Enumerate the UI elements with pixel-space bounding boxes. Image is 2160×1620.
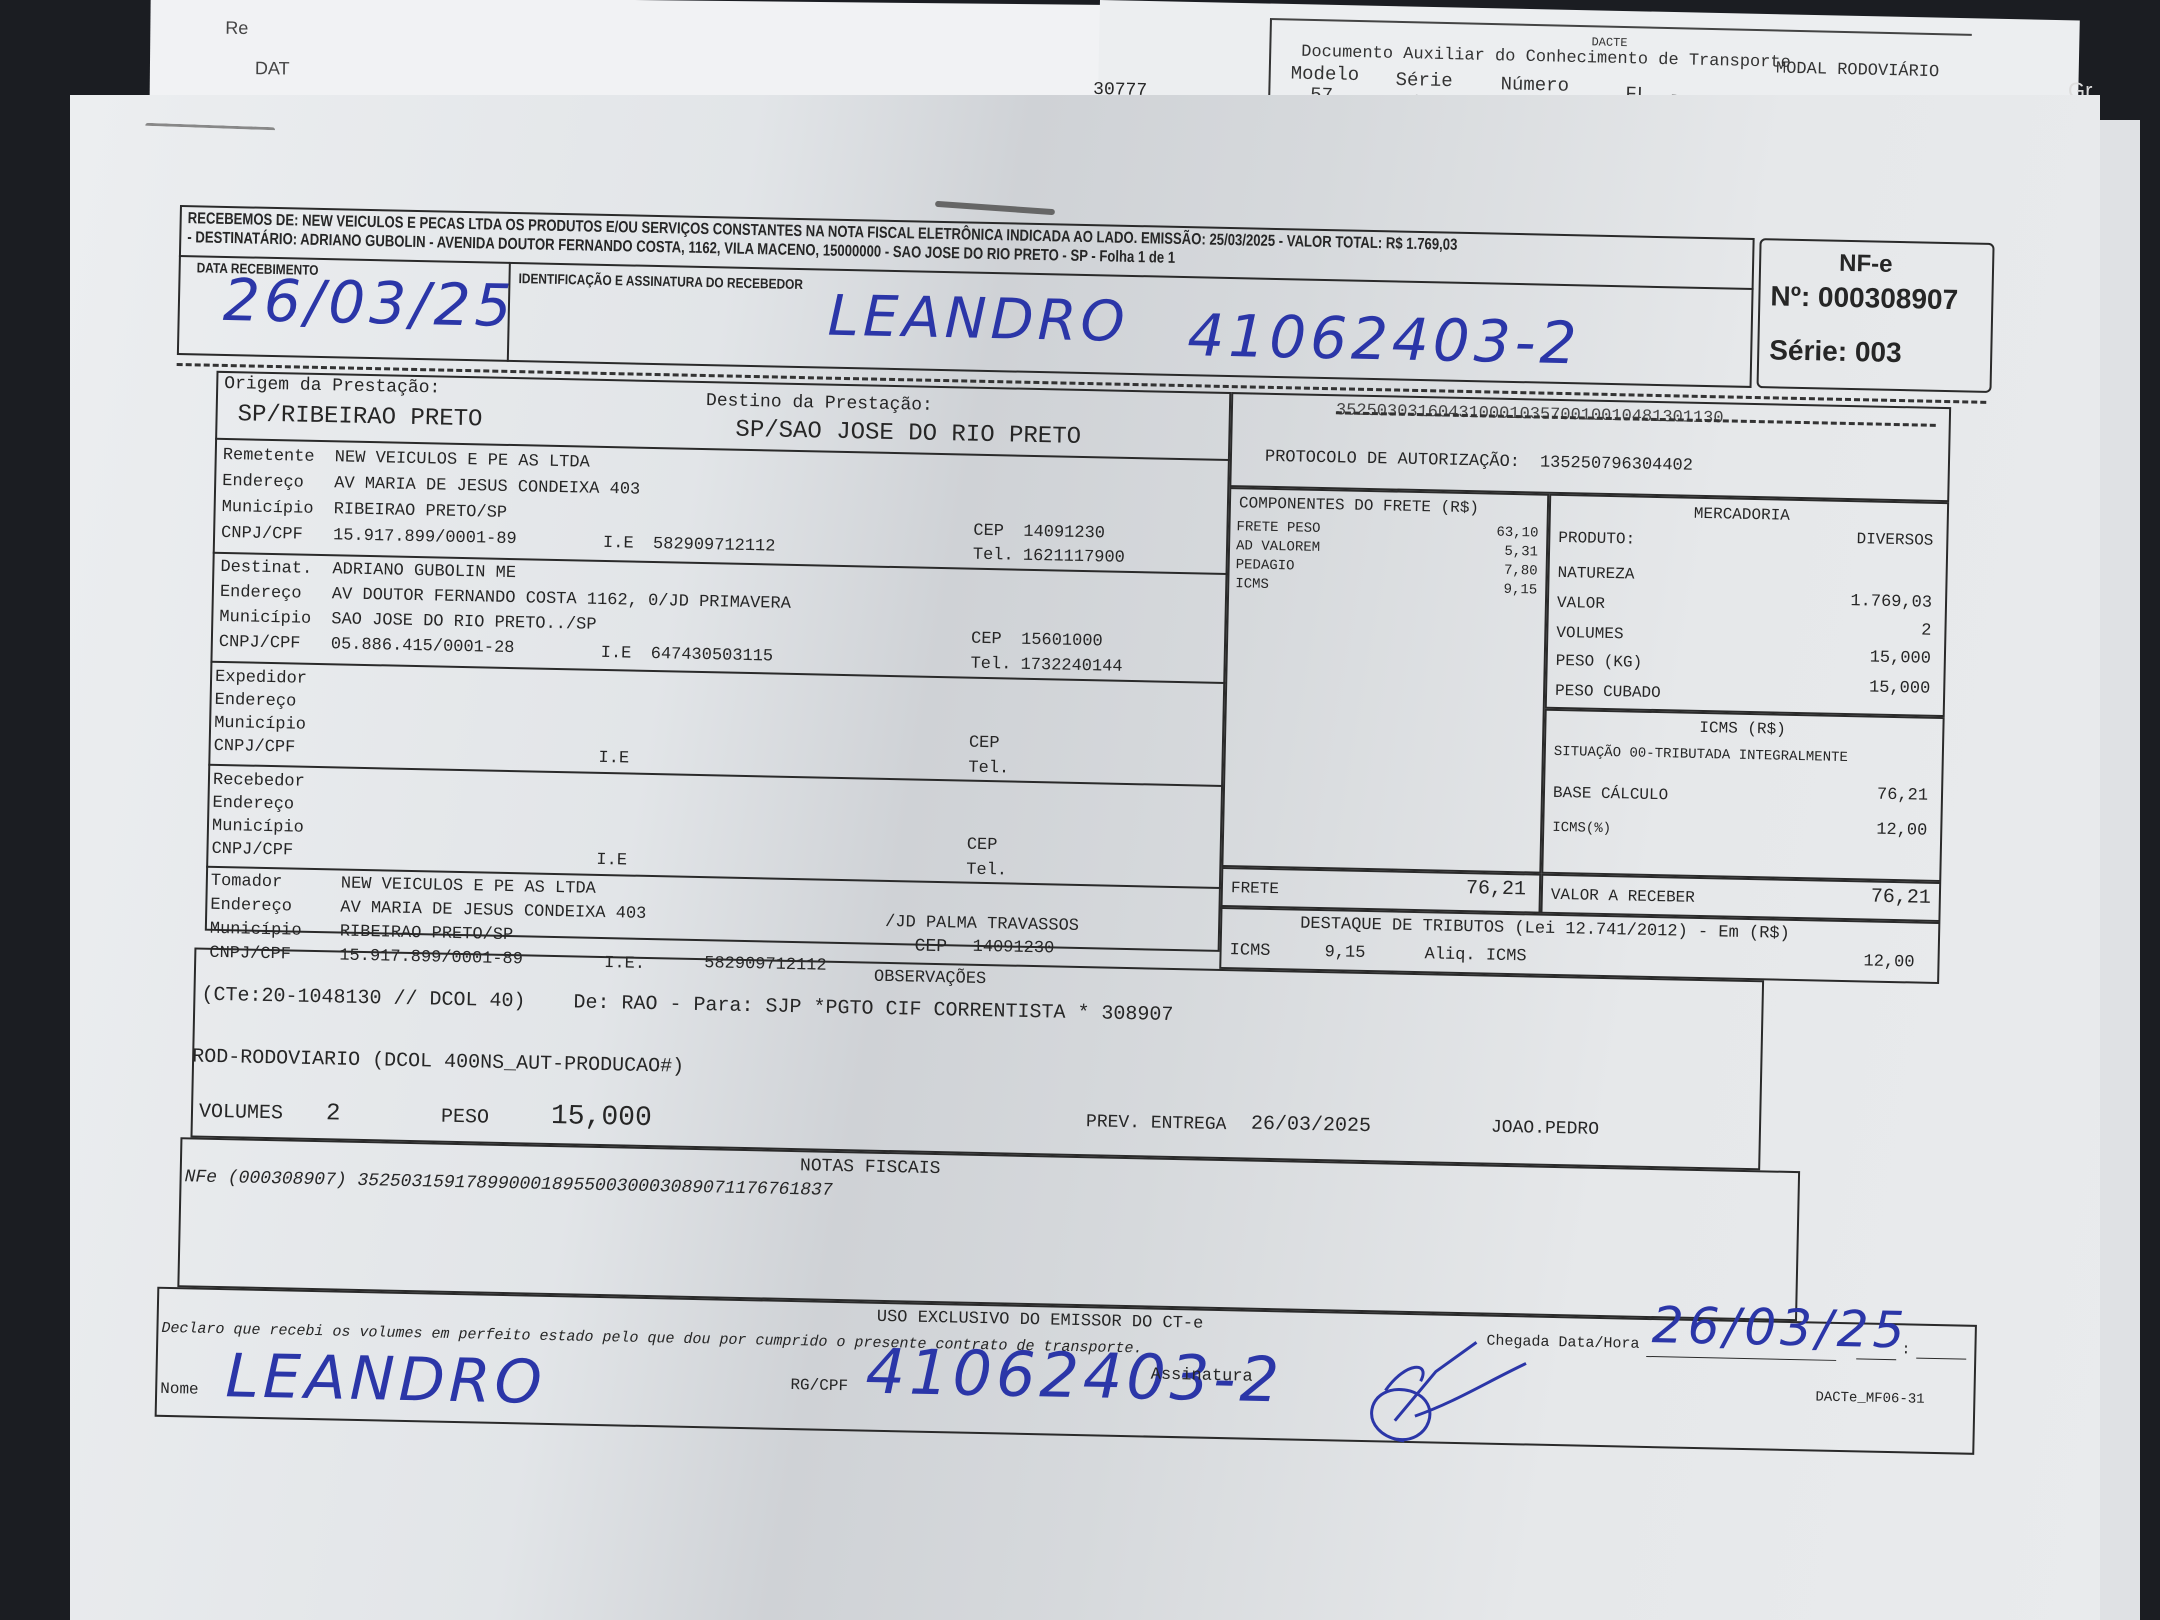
remetente-cnpj: 15.917.899/0001-89 [333,526,517,549]
natureza-label: NATUREZA [1557,564,1634,584]
remetente-cep-label: CEP [973,522,1004,542]
expedidor-municipio-label: Município [214,714,306,735]
prev-entrega-value: 26/03/2025 [1251,1113,1371,1139]
valor-value: 1.769,03 [1772,590,1932,612]
recebedor-ie-label: I.E [596,851,627,871]
obs-peso-value: 15,000 [551,1101,652,1134]
obs-peso-label: PESO [441,1106,489,1130]
destinatario-cnpj: 05.886.415/0001-28 [331,635,515,658]
icms-aliquota-value: 12,00 [1767,818,1927,840]
componente-value: 63,10 [1423,523,1538,541]
remetente-endereco-label: Endereço [222,472,304,493]
dacte-title: Documento Auxiliar do Conhecimento de Tr… [1301,43,1791,73]
icms-title: ICMS (R$) [1699,719,1786,739]
destinatario-ie: 647430503115 [650,645,773,667]
expedidor-cnpj-label: CNPJ/CPF [213,737,295,758]
peso-cubado-label: PESO CUBADO [1555,682,1661,702]
nfe-serie: Série: 003 [1769,334,1902,369]
tomador-municipio: RIBEIRAO PRETO/SP [340,923,514,946]
componente-label: PEDAGIO [1236,557,1295,574]
destinatario-nome: ADRIANO GUBOLIN ME [332,560,516,583]
remetente-cep: 14091230 [1023,523,1105,544]
produto-value: DIVERSOS [1773,528,1933,549]
signature-mark[interactable] [1334,1319,1537,1453]
hora-separator: : [1901,1341,1910,1358]
recebedor-tel-label: Tel. [966,861,1007,881]
expedidor-endereco-label: Endereço [214,691,296,712]
recebedor-endereco-label: Endereço [212,794,294,815]
tributos-icms-label: ICMS [1229,941,1270,961]
valor-receber-label: VALOR A RECEBER [1551,886,1695,907]
dacte-small-title: DACTE [1591,35,1627,50]
remetente-tel-label: Tel. [973,546,1014,566]
componente-label: ICMS [1235,576,1269,593]
dacte-serie-label: Série [1395,69,1453,92]
volumes-value: 2 [1771,618,1931,640]
base-calculo-value: 76,21 [1768,783,1928,805]
recebedor-cnpj-label: CNPJ/CPF [211,840,293,861]
obs-volumes-label: VOLUMES [199,1101,283,1126]
recebedor-municipio-label: Município [212,817,304,838]
destinatario-cep-label: CEP [971,630,1002,650]
produto-label: PRODUTO: [1558,529,1635,549]
remetente-ie: 582909712112 [653,535,776,557]
remetente-ie-label: I.E [603,534,634,554]
prev-entrega-label: PREV. ENTREGA [1086,1112,1227,1135]
nfe-title: NF-e [1839,250,1893,279]
recebedor-cep-label: CEP [967,836,998,856]
left-fragment-1: Re [225,18,248,39]
peso-cubado-value: 15,000 [1770,676,1930,698]
tomador-cep: 14091230 [972,938,1054,959]
componente-label: FRETE PESO [1236,519,1320,537]
destinatario-cep: 15601000 [1021,631,1103,652]
nome-label: Nome [160,1380,199,1399]
destinatario-municipio-label: Município [219,608,311,629]
dacte-document: RECEBEMOS DE: NEW VEICULOS E PECAS LTDA … [154,205,1999,1473]
tributos-icms-value: 9,15 [1324,943,1365,963]
dacte-numero-label: Número [1500,73,1569,97]
componente-label: AD VALOREM [1236,538,1320,556]
tributos-aliq-label: Aliq. ICMS [1424,945,1526,966]
expedidor-label: Expedidor [215,668,307,689]
expedidor-ie-label: I.E [598,749,629,769]
tomador-label: Tomador [211,872,283,892]
notas-title: NOTAS FISCAIS [800,1156,941,1179]
peso-label: PESO (KG) [1556,652,1643,672]
remetente-tel: 1621117900 [1023,547,1125,568]
operador: JOAO.PEDRO [1491,1118,1599,1140]
mercadoria-title: MERCADORIA [1694,505,1790,525]
icms-aliquota-label: ICMS(%) [1552,820,1611,837]
destinatario-endereco-label: Endereço [220,583,302,604]
remetente-municipio: RIBEIRAO PRETO/SP [333,500,507,523]
frete-label: FRETE [1231,879,1279,898]
peso-value: 15,000 [1771,646,1931,668]
destinatario-ie-label: I.E [601,644,632,664]
nome-handwritten[interactable]: LEANDRO [225,1341,547,1418]
tomador-municipio-label: Município [210,920,302,941]
left-fragment-2: DAT [255,58,290,79]
tributos-aliq-value: 12,00 [1764,950,1914,972]
tomador-endereco-label: Endereço [210,896,292,917]
obs-volumes-value: 2 [326,1100,341,1127]
data-recebimento-handwritten[interactable]: 26/03/25 [222,266,516,340]
destinatario-tel-label: Tel. [970,655,1011,675]
destinatario-cnpj-label: CNPJ/CPF [219,633,301,654]
recebedor-signature-name[interactable]: LEANDRO [827,284,1129,355]
observacoes-title: OBSERVAÇÕES [874,968,987,989]
tomador-cep-label: CEP [914,937,947,958]
form-code: DACTe_MF06-31 [1815,1390,1925,1408]
destinatario-tel: 1732240144 [1020,656,1122,677]
valor-receber-value: 76,21 [1766,883,1931,909]
recebedor-label: Recebedor [213,771,305,792]
recebedor-signature-rg[interactable]: 41062403-2 [1187,301,1581,377]
expedidor-cep-label: CEP [969,734,1000,754]
componente-value: 9,15 [1422,580,1537,598]
rg-label: RG/CPF [790,1376,848,1395]
remetente-cnpj-label: CNPJ/CPF [221,524,303,545]
volumes-label: VOLUMES [1556,624,1624,643]
protocolo-value: 135250796304402 [1540,454,1693,476]
nfe-numero: Nº: 000308907 [1770,280,1958,316]
valor-label: VALOR [1557,594,1605,613]
remetente-municipio-label: Município [221,498,313,519]
destinatario-label: Destinat. [220,558,312,579]
remetente-label: Remetente [223,446,315,467]
base-calculo-label: BASE CÁLCULO [1553,784,1669,804]
assinatura-label: Assinatura [1151,1366,1253,1387]
dacte-modelo-label: Modelo [1290,62,1359,86]
componente-value: 5,31 [1423,542,1538,560]
tomador-bairro: /JD PALMA TRAVASSOS [885,913,1079,936]
frete-value: 76,21 [1366,875,1526,901]
componente-value: 7,80 [1422,561,1537,579]
origem-value: SP/RIBEIRAO PRETO [237,401,482,433]
chegada-data-handwritten[interactable]: 26/03/25 [1651,1296,1909,1359]
dacte-modal: MODAL RODOVIÁRIO [1776,59,1940,82]
expedidor-tel-label: Tel. [968,759,1009,779]
